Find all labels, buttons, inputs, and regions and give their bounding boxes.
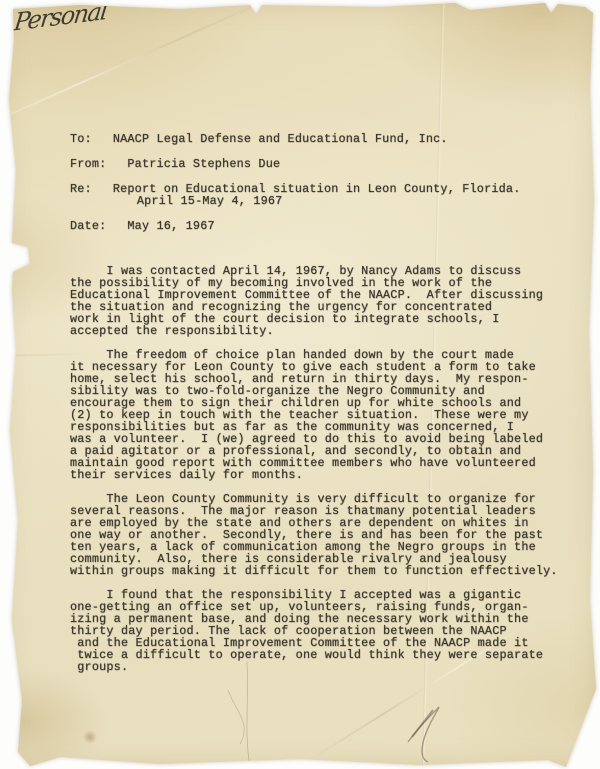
paper-sheet-wrap: Personal To:NAACP Legal Defense and Educ…: [0, 0, 600, 769]
memo-paragraph-1: I was contacted April 14, 1967, by Nancy…: [70, 265, 570, 337]
re-label: Re:: [70, 183, 92, 207]
memo-from-row: From:Patricia Stephens Due: [70, 158, 570, 170]
memo-paragraph-4: I found that the responsibility I accept…: [70, 589, 570, 673]
paper-sheet: Personal To:NAACP Legal Defense and Educ…: [0, 0, 600, 769]
date-label: Date:: [70, 220, 106, 232]
memo-paragraph-2: The freedom of choice plan handed down b…: [70, 349, 570, 481]
to-label: To:: [70, 133, 92, 145]
re-date-range: April 15-May 4, 1967: [137, 195, 521, 207]
memo-to-row: To:NAACP Legal Defense and Educational F…: [70, 133, 570, 145]
scanned-document: Personal To:NAACP Legal Defense and Educ…: [0, 0, 600, 769]
memo-paragraph-3: The Leon County Community is very diffic…: [70, 493, 570, 577]
memo-re-row: Re:Report on Educational situation in Le…: [70, 183, 570, 207]
to-value: NAACP Legal Defense and Educational Fund…: [113, 133, 448, 145]
memo-date-row: Date:May 16, 1967: [70, 220, 570, 232]
from-value: Patricia Stephens Due: [127, 158, 280, 170]
memo-content: To:NAACP Legal Defense and Educational F…: [70, 133, 570, 685]
re-value: Report on Educational situation in Leon …: [113, 183, 521, 207]
memo-body: I was contacted April 14, 1967, by Nancy…: [70, 265, 570, 673]
from-label: From:: [70, 158, 106, 170]
date-value: May 16, 1967: [127, 220, 214, 232]
